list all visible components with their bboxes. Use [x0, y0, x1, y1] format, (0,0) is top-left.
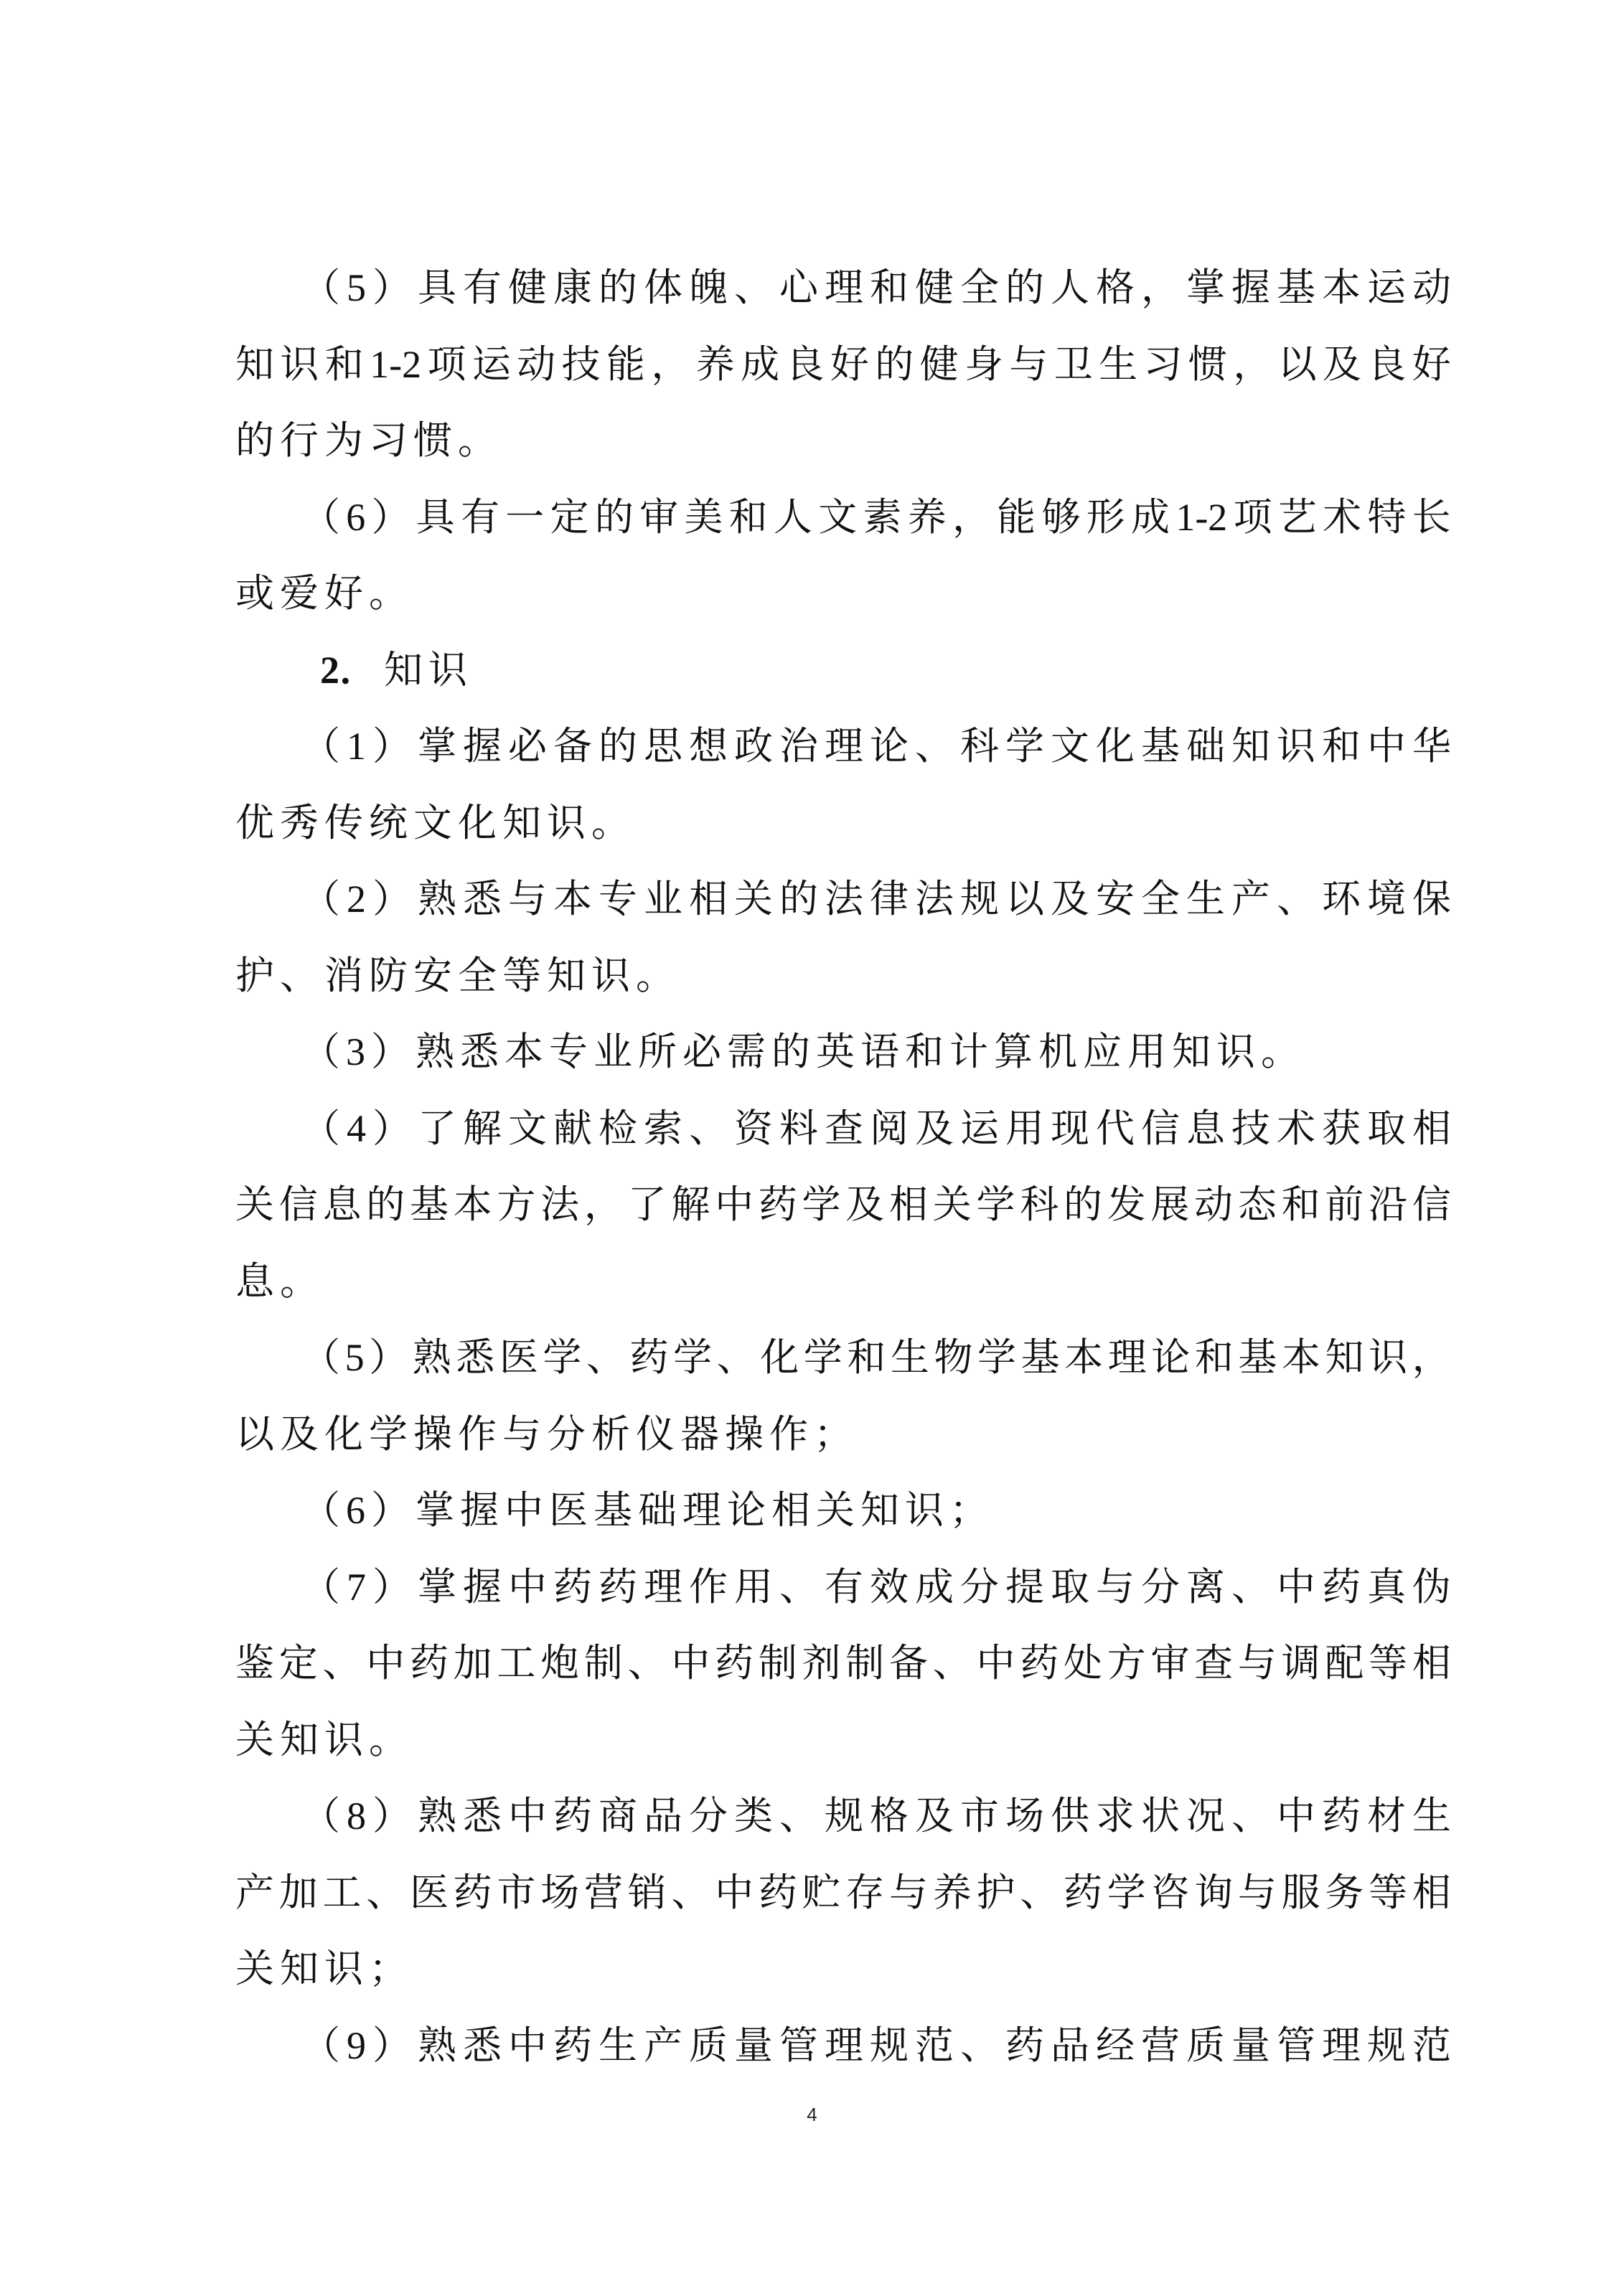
text-line: 产加工、医药市场营销、中药贮存与养护、药学咨询与服务等相	[235, 1855, 1451, 1932]
text-line: 的行为习惯。	[235, 403, 1451, 479]
page-number: 4	[0, 2104, 1624, 2126]
text-line: （4）了解文献检索、资料查阅及运用现代信息技术获取相	[235, 1091, 1451, 1167]
text-line: 护、消防安全等知识。	[235, 938, 1451, 1015]
text-line: （8）熟悉中药商品分类、规格及市场供求状况、中药材生	[235, 1778, 1451, 1855]
text-line: （9）熟悉中药生产质量管理规范、药品经营质量管理规范	[235, 2008, 1451, 2084]
text-line: 息。	[235, 1243, 1451, 1320]
document-page: （5）具有健康的体魄、心理和健全的人格，掌握基本运动知识和1-2项运动技能，养成…	[0, 0, 1624, 2296]
text-line: 优秀传统文化知识。	[235, 785, 1451, 862]
text-line: 鉴定、中药加工炮制、中药制剂制备、中药处方审查与调配等相	[235, 1625, 1451, 1702]
text-line: （5）具有健康的体魄、心理和健全的人格，掌握基本运动	[235, 250, 1451, 326]
text-line: （1）掌握必备的思想政治理论、科学文化基础知识和中华	[235, 708, 1451, 785]
text-line: （6）掌握中医基础理论相关知识；	[235, 1472, 1451, 1549]
text-line: （3）熟悉本专业所必需的英语和计算机应用知识。	[235, 1014, 1451, 1091]
body-text: （5）具有健康的体魄、心理和健全的人格，掌握基本运动知识和1-2项运动技能，养成…	[235, 250, 1451, 2084]
text-line: 知识和1-2项运动技能，养成良好的健身与卫生习惯，以及良好	[235, 326, 1451, 403]
text-line: 关知识；	[235, 1931, 1451, 2008]
text-line: （5）熟悉医学、药学、化学和生物学基本理论和基本知识，	[235, 1319, 1451, 1396]
text-line: 或爱好。	[235, 555, 1451, 632]
heading-number: 2．	[320, 632, 378, 709]
text-line: 以及化学操作与分析仪器操作；	[235, 1396, 1451, 1473]
text-line: （6）具有一定的审美和人文素养，能够形成1-2项艺术特长	[235, 479, 1451, 556]
text-line: （7）掌握中药药理作用、有效成分提取与分离、中药真伪	[235, 1549, 1451, 1626]
text-line: 关知识。	[235, 1702, 1451, 1779]
text-line: （2）熟悉与本专业相关的法律法规以及安全生产、环境保	[235, 861, 1451, 938]
text-line: 关信息的基本方法，了解中药学及相关学科的发展动态和前沿信	[235, 1167, 1451, 1243]
section-heading: 2．知识	[235, 632, 1451, 709]
